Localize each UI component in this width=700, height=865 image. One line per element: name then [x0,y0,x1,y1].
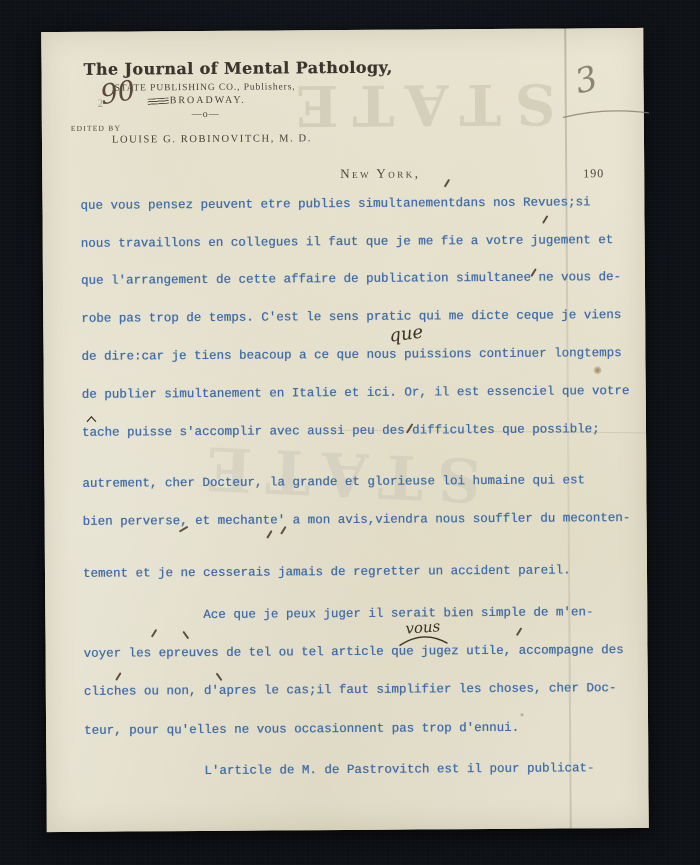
handwritten-insertion-que: que [388,321,424,346]
typed-line: tache puisse s'accomplir avec aussi peu … [82,422,600,441]
typed-line: nous travaillons en collegues il faut qu… [81,233,614,252]
letterhead-editor-name: LOUISE G. ROBINOVITCH, M. D. [112,133,312,145]
circumflex-caret [86,416,97,423]
typed-line: autrement, cher Docteur, la grande et gl… [82,473,585,492]
strikethrough-scribble [148,98,169,105]
ink-stain [594,366,602,374]
typed-line: voyer les epreuves de tel ou tel article… [84,643,624,662]
typed-line: L'article de M. de Pastrovitch est il po… [204,761,594,779]
insertion-caret-curve [397,633,449,647]
handwritten-street-number: 90 [98,75,137,111]
pencil-page-number: 3 [571,58,602,102]
typed-line: bien perverse, et mechante' a mon avis,v… [83,511,631,530]
letterhead-publisher: STATE PUBLISHING CO., Publishers, [115,82,296,93]
typed-line: de dire:car je tiens beacoup a ce que no… [81,346,621,365]
letterhead-street: BROADWAY. [170,95,246,107]
typed-line: Ace que je peux juger il serait bien sim… [203,605,593,623]
typed-line: que vous pensez peuvent etre publies sim… [80,195,590,214]
ink-stain [520,713,524,717]
typed-line: de publier simultanement en Italie et ic… [82,384,630,403]
ghost-impression-top: STATE [282,71,556,139]
pen-tick-mark [151,629,157,638]
letter-page: STATE STATE The Journal of Mental Pathol… [41,28,649,832]
pen-tick-mark [444,179,450,188]
dateline-year: 190 [583,166,604,181]
ornament-divider: —o— [192,109,220,120]
pen-tick-mark [542,215,548,224]
pen-tick-mark [266,530,272,539]
typed-line: tement et je ne cesserais jamais de regr… [83,563,571,581]
pen-tick-mark [216,673,223,681]
dateline-place: New York, [340,165,420,182]
pen-tick-mark [183,631,190,639]
letterhead-edited-by: EDITED BY [71,124,121,133]
pencil-underline-flourish [560,104,652,123]
typed-line: cliches ou non, d'apres le cas;il faut s… [84,681,617,700]
scanned-letter-background: { "scan": { "background_color": "#0e1116… [0,0,700,865]
pen-tick-mark [115,672,121,681]
ghost-impression-middle: STATE [191,432,482,515]
typed-line: robe pas trop de temps. C'est le sens pr… [81,308,621,327]
typed-line: que l'arrangement de cette affaire de pu… [81,270,621,289]
typed-line: teur, pour qu'elles ne vous occasionnent… [84,721,519,739]
pen-tick-mark [516,627,522,636]
